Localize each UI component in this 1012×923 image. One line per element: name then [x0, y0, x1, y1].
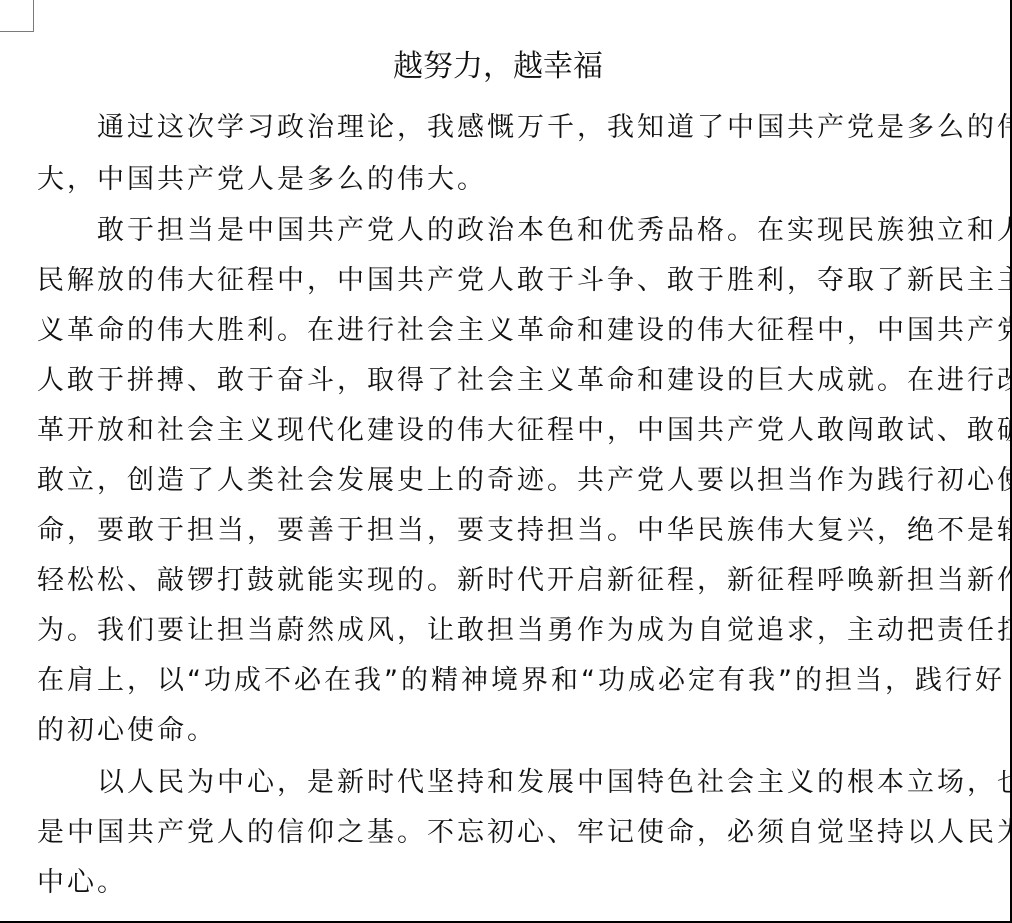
- paragraph-2-line-6: 敢立，创造了人类社会发展史上的奇迹。共产党人要以担当作为践行初心使: [37, 463, 1010, 499]
- paragraph-3-line-2: 是中国共产党人的信仰之基。不忘初心、牢记使命，必须自觉坚持以人民为: [37, 815, 1010, 851]
- paragraph-3-line-1: 以人民为中心，是新时代坚持和发展中国特色社会主义的根本立场，也: [97, 765, 1010, 801]
- paragraph-2-line-9: 为。我们要让担当蔚然成风，让敢担当勇作为成为自觉追求，主动把责任扛: [37, 613, 1010, 649]
- paragraph-1-line-2: 大，中国共产党人是多么的伟大。: [37, 162, 487, 198]
- paragraph-2-line-7: 命，要敢于担当，要善于担当，要支持担当。中华民族伟大复兴，绝不是轻: [37, 513, 1010, 549]
- crop-mark-corner: [0, 0, 34, 32]
- document-page: 越努力，越幸福 通过这次学习政治理论，我感慨万千，我知道了中国共产党是多么的伟 …: [0, 0, 1012, 923]
- document-body: 越努力，越幸福 通过这次学习政治理论，我感慨万千，我知道了中国共产党是多么的伟 …: [37, 0, 1010, 921]
- paragraph-2-line-4: 人敢于拼搏、敢于奋斗，取得了社会主义革命和建设的巨大成就。在进行改: [37, 363, 1010, 399]
- paragraph-1-line-1: 通过这次学习政治理论，我感慨万千，我知道了中国共产党是多么的伟: [97, 110, 1010, 146]
- paragraph-2-line-8: 轻松松、敲锣打鼓就能实现的。新时代开启新征程，新征程呼唤新担当新作: [37, 563, 1010, 599]
- paragraph-2-line-11: 的初心使命。: [37, 713, 217, 749]
- paragraph-2-line-3: 义革命的伟大胜利。在进行社会主义革命和建设的伟大征程中，中国共产党: [37, 313, 1010, 349]
- paragraph-2-line-2: 民解放的伟大征程中，中国共产党人敢于斗争、敢于胜利，夺取了新民主主: [37, 263, 1010, 299]
- document-title: 越努力，越幸福: [37, 47, 996, 87]
- paragraph-2-line-10: 在肩上，以“功成不必在我”的精神境界和“功成必定有我”的担当，践行好自己: [37, 663, 1010, 699]
- paragraph-3-line-3: 中心。: [37, 865, 127, 901]
- paragraph-2-line-5: 革开放和社会主义现代化建设的伟大征程中，中国共产党人敢闯敢试、敢破: [37, 413, 1010, 449]
- paragraph-2-line-1: 敢于担当是中国共产党人的政治本色和优秀品格。在实现民族独立和人: [97, 213, 1010, 249]
